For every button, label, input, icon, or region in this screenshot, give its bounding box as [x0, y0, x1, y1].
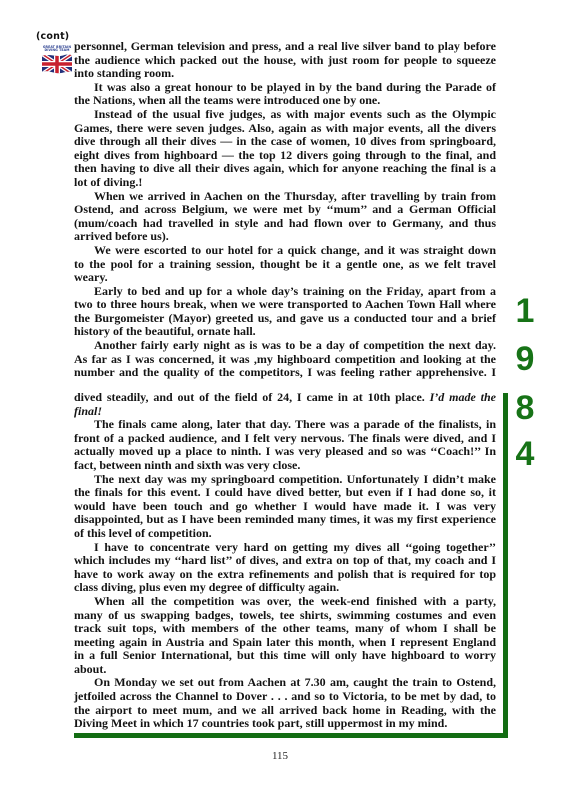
text-line: personnel, German television and press, …: [74, 40, 496, 54]
text-line-content: Diving Meet in which 17 countries took p…: [74, 716, 447, 730]
body-text-lower: dived steadily, and out of the field of …: [74, 391, 496, 731]
text-line: Early to bed and up for a whole day’s tr…: [74, 285, 496, 299]
text-line: The next day was my springboard competit…: [74, 473, 496, 487]
text-line: to the pool for a training session, thou…: [74, 258, 496, 272]
text-line: then having to dive all their dives agai…: [74, 162, 496, 176]
text-line: Instead of the usual five judges, as wit…: [74, 108, 496, 122]
text-line: disappointed, but as I have been reminde…: [74, 513, 496, 527]
text-line: eight dives from highboard — the top 12 …: [74, 149, 496, 163]
text-line-content: track suit tops, with members of the oth…: [74, 621, 496, 635]
text-line-content: the finals for this event. I could have …: [74, 485, 496, 499]
year-digit-4: 4: [511, 437, 539, 471]
text-line-content: disappointed, but as I have been reminde…: [74, 512, 496, 526]
text-line-content: The next day was my springboard competit…: [94, 472, 496, 486]
union-jack-flag-icon: [42, 54, 72, 74]
text-line: On Monday we set out from Aachen at 7.30…: [74, 676, 496, 690]
text-line-content: many of us swapping badges, towels, tee …: [74, 608, 496, 622]
text-line-content: lot of diving.!: [74, 175, 142, 189]
text-line: dived steadily, and out of the field of …: [74, 391, 496, 405]
text-line: the Burgomeister (Mayor) greeted us, and…: [74, 312, 496, 326]
text-line-content: As far as I was concerned, it was ,my hi…: [74, 352, 496, 366]
text-line-content: I have to concentrate very hard on getti…: [94, 540, 496, 554]
text-line-content: Another fairly early night as is was to …: [94, 338, 496, 352]
year-digit-2: 9: [511, 342, 539, 376]
text-line-content: class diving, plus even my degree of dif…: [74, 580, 339, 594]
text-line-content: the Burgomeister (Mayor) greeted us, and…: [74, 311, 496, 325]
text-line: We were escorted to our hotel for a quic…: [74, 244, 496, 258]
text-line-content: have to work away on the extra refinemen…: [74, 567, 496, 581]
text-line-content: which includes my ‘‘hard list’’ of dives…: [74, 553, 496, 567]
text-line-content: dive through all their dives — in the ca…: [74, 134, 496, 148]
text-line: history of the beautiful, ornate hall.: [74, 325, 496, 339]
text-line-content: weary.: [74, 270, 108, 284]
text-line-content: actually moved up a place to ninth. I wa…: [74, 444, 496, 458]
text-line-content: the audience which packed out the house,…: [74, 53, 496, 67]
text-line-content: Instead of the usual five judges, as wit…: [94, 107, 496, 121]
year-digit-3: 8: [511, 391, 539, 425]
text-line: class diving, plus even my degree of dif…: [74, 581, 496, 595]
text-line-content: history of the beautiful, ornate hall.: [74, 324, 256, 338]
text-line-content: the Nations, when all the teams were int…: [74, 93, 380, 107]
text-line-content: eight dives from highboard — the top 12 …: [74, 148, 496, 162]
text-line: many of us swapping badges, towels, tee …: [74, 609, 496, 623]
text-line-content: jetfoiled across the Channel to Dover . …: [74, 689, 496, 703]
continuation-label: (cont): [36, 31, 69, 42]
text-line-content: Games, there were seven judges. Also, ag…: [74, 121, 496, 135]
text-line: dive through all their dives — in the ca…: [74, 135, 496, 149]
body-text-upper: personnel, German television and press, …: [74, 40, 496, 380]
text-line-content: in a full Senior International, but this…: [74, 648, 496, 662]
text-line-content: It was also a great honour to be played …: [94, 80, 496, 94]
text-line: two to three hours break, when we were t…: [74, 298, 496, 312]
italic-emphasis: final!: [74, 404, 102, 418]
text-line-content: personnel, German television and press, …: [74, 39, 496, 53]
text-line: in a full Senior International, but this…: [74, 649, 496, 663]
text-line-content: arrived before us).: [74, 229, 169, 243]
text-line: lot of diving.!: [74, 176, 496, 190]
text-line: When all the competition was over, the w…: [74, 595, 496, 609]
text-line: jetfoiled across the Channel to Dover . …: [74, 690, 496, 704]
text-line: It was also a great honour to be played …: [74, 81, 496, 95]
text-line: front of a packed audience, and I felt v…: [74, 432, 496, 446]
page-number: 115: [260, 750, 300, 762]
text-line-content: into standing room.: [74, 66, 174, 80]
text-line: of this level of competition.: [74, 527, 496, 541]
text-line-content: front of a packed audience, and I felt v…: [74, 431, 496, 445]
text-line-content: then having to dive all their dives agai…: [74, 161, 496, 175]
text-line-content: number and the quality of the competitor…: [74, 365, 496, 379]
text-line: have to work away on the extra refinemen…: [74, 568, 496, 582]
logo-caption-line-2: DIVING TEAM: [40, 49, 74, 52]
text-line-content: to the pool for a training session, thou…: [74, 257, 496, 271]
text-line: Ostend, and across Belgium, we were met …: [74, 203, 496, 217]
text-line: number and the quality of the competitor…: [74, 366, 496, 380]
text-line: final!: [74, 405, 496, 419]
text-line: into standing room.: [74, 67, 496, 81]
text-line: fact, between ninth and sixth was very c…: [74, 459, 496, 473]
text-line: the finals for this event. I could have …: [74, 486, 496, 500]
text-line-content: meeting again in Austria and Spain later…: [74, 635, 496, 649]
text-line: I have to concentrate very hard on getti…: [74, 541, 496, 555]
text-line-content: On Monday we set out from Aachen at 7.30…: [94, 675, 496, 689]
text-line: Another fairly early night as is was to …: [74, 339, 496, 353]
text-line: Diving Meet in which 17 countries took p…: [74, 717, 496, 731]
logo-caption: GREAT BRITAIN DIVING TEAM: [40, 46, 74, 53]
text-line-content: dived steadily, and out of the field of …: [74, 390, 430, 404]
text-line: which includes my ‘‘hard list’’ of dives…: [74, 554, 496, 568]
text-line-content: When we arrived in Aachen on the Thursda…: [94, 189, 496, 203]
text-line: When we arrived in Aachen on the Thursda…: [74, 190, 496, 204]
green-bracket-vertical: [503, 393, 508, 738]
text-line-content: Early to bed and up for a whole day’s tr…: [94, 284, 496, 298]
text-line: the audience which packed out the house,…: [74, 54, 496, 68]
team-logo: GREAT BRITAIN DIVING TEAM: [39, 46, 75, 76]
text-line: the Nations, when all the teams were int…: [74, 94, 496, 108]
year-digit-1: 1: [511, 294, 539, 328]
text-line-content: fact, between ninth and sixth was very c…: [74, 458, 300, 472]
text-line-content: The finals came along, later that day. T…: [94, 417, 496, 431]
text-line: The finals came along, later that day. T…: [74, 418, 496, 432]
italic-emphasis: I’d made the: [430, 390, 496, 404]
text-line: Games, there were seven judges. Also, ag…: [74, 122, 496, 136]
green-bracket-horizontal: [74, 733, 508, 738]
text-line: arrived before us).: [74, 230, 496, 244]
text-line-content: Ostend, and across Belgium, we were met …: [74, 202, 496, 216]
text-line: (mum/coach had travelled in style and ha…: [74, 217, 496, 231]
text-line-content: When all the competition was over, the w…: [94, 594, 496, 608]
text-line-content: would have been touch and go whether I w…: [74, 499, 496, 513]
text-line: meeting again in Austria and Spain later…: [74, 636, 496, 650]
text-line-content: about.: [74, 662, 106, 676]
text-line-content: two to three hours break, when we were t…: [74, 297, 496, 311]
text-line: would have been touch and go whether I w…: [74, 500, 496, 514]
text-line: about.: [74, 663, 496, 677]
text-line: the airport to meet mum, and we all arri…: [74, 704, 496, 718]
text-line: track suit tops, with members of the oth…: [74, 622, 496, 636]
text-line-content: (mum/coach had travelled in style and ha…: [74, 216, 496, 230]
text-line-content: of this level of competition.: [74, 526, 212, 540]
text-line-content: the airport to meet mum, and we all arri…: [74, 703, 496, 717]
text-line: weary.: [74, 271, 496, 285]
text-line-content: We were escorted to our hotel for a quic…: [94, 243, 496, 257]
text-line: As far as I was concerned, it was ,my hi…: [74, 353, 496, 367]
text-line: actually moved up a place to ninth. I wa…: [74, 445, 496, 459]
